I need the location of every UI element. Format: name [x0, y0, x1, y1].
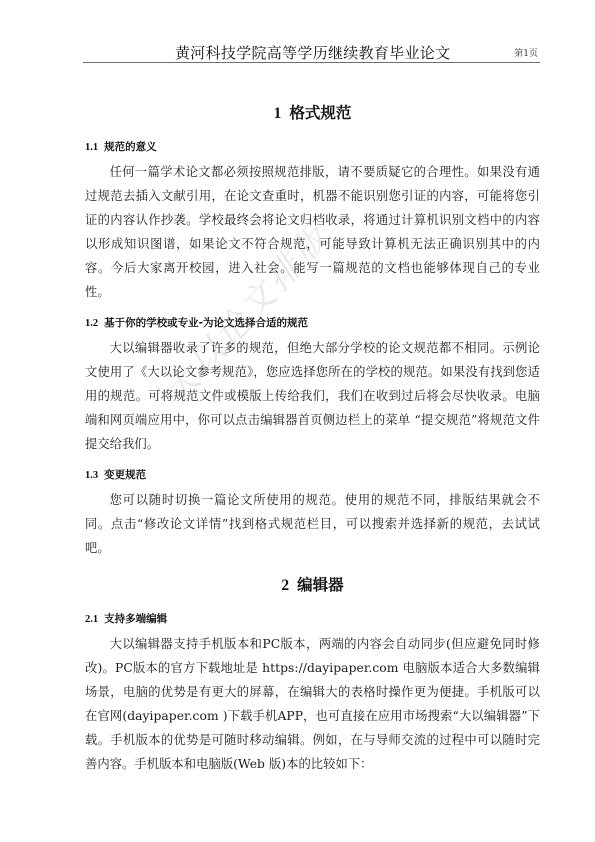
chapter-number: 1 — [274, 105, 282, 122]
header-title: 黄河科技学院高等学历继续教育毕业论文 — [175, 42, 450, 63]
section-title: 基于你的学校或专业-为论文选择合适的规范 — [104, 317, 308, 329]
chapter-title: 编辑器 — [297, 576, 344, 594]
paragraph: 大以编辑器支持手机版本和PC版本，两端的内容会自动同步(但应避免同时修改)。PC… — [85, 632, 540, 776]
page-number: 第1页 — [514, 46, 538, 59]
paragraph: 大以编辑器收录了许多的规范，但绝大部分学校的论文规范都不相同。示例论文使用了《大… — [85, 336, 540, 456]
section-title: 变更规范 — [104, 469, 146, 481]
chapter-heading-2: 2编辑器 — [85, 570, 540, 600]
section-number: 1.2 — [85, 318, 98, 329]
paragraph: 任何一篇学术论文都必须按照规范排版，请不要质疑它的合理性。如果没有通过规范去插入… — [85, 160, 540, 304]
section-heading-1-2: 1.2基于你的学校或专业-为论文选择合适的规范 — [85, 310, 540, 336]
section-number: 1.3 — [85, 470, 98, 481]
section-title: 支持多端编辑 — [104, 613, 167, 625]
section-heading-1-3: 1.3变更规范 — [85, 462, 540, 488]
section-title: 规范的意义 — [104, 141, 157, 153]
chapter-number: 2 — [281, 577, 289, 594]
section-number: 2.1 — [85, 614, 98, 625]
chapter-heading-1: 1格式规范 — [85, 98, 540, 128]
chapter-title: 格式规范 — [289, 104, 351, 122]
page-header: 黄河科技学院高等学历继续教育毕业论文 第1页 — [83, 40, 540, 63]
section-heading-2-1: 2.1支持多端编辑 — [85, 606, 540, 632]
section-heading-1-1: 1.1规范的意义 — [85, 134, 540, 160]
document-body: 1格式规范 1.1规范的意义 任何一篇学术论文都必须按照规范排版，请不要质疑它的… — [85, 98, 540, 776]
paragraph: 您可以随时切换一篇论文所使用的规范。使用的规范不同，排版结果就会不同。点击“修改… — [85, 488, 540, 560]
section-number: 1.1 — [85, 142, 98, 153]
